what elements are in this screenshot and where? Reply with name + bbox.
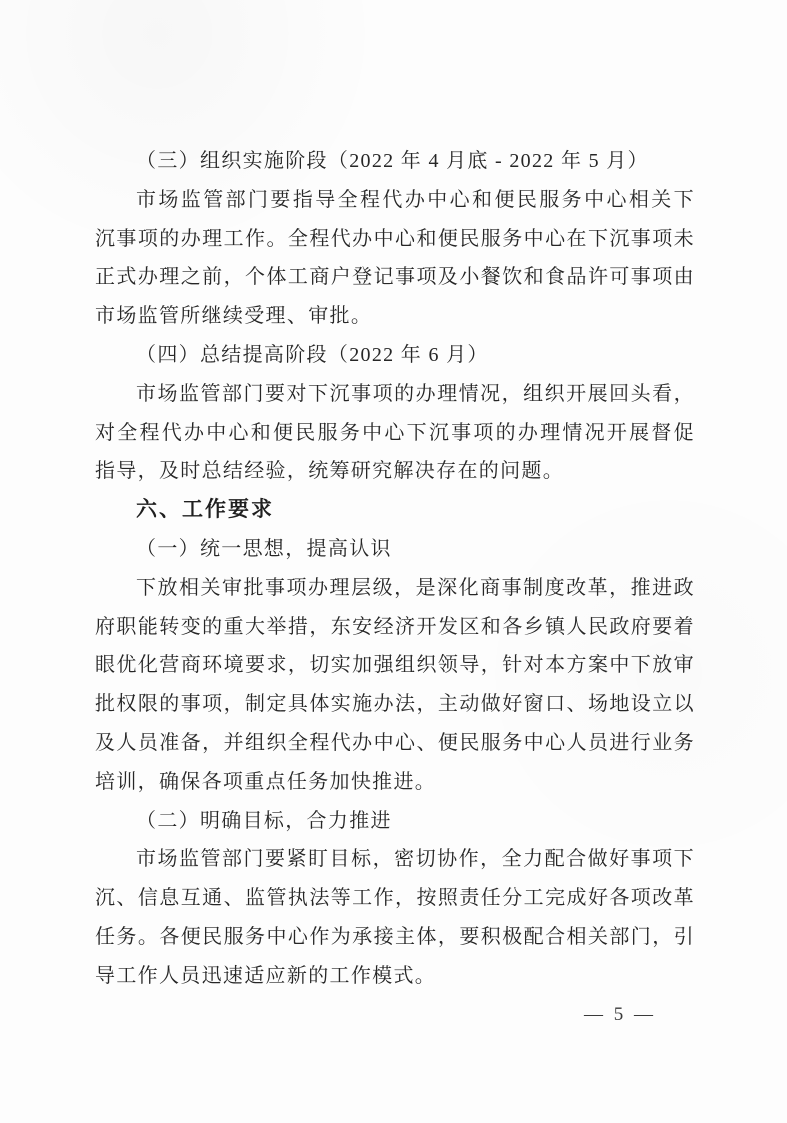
subsection-heading: （三）组织实施阶段（2022 年 4 月底 - 2022 年 5 月） [95, 142, 695, 181]
text-line: 导工作人员迅速适应新的工作模式。 [95, 957, 695, 996]
text-line: 市场监管部门要对下沉事项的办理情况，组织开展回头看， [95, 375, 695, 414]
text-line: 沉事项的办理工作。全程代办中心和便民服务中心在下沉事项未 [95, 220, 695, 259]
text-line: 市场监管部门要指导全程代办中心和便民服务中心相关下 [95, 181, 695, 220]
paragraph: 下放相关审批事项办理层级，是深化商事制度改革，推进政府职能转变的重大举措，东安经… [95, 569, 695, 802]
text-line: （二）明确目标，合力推进 [95, 802, 695, 841]
document-body: （三）组织实施阶段（2022 年 4 月底 - 2022 年 5 月）市场监管部… [95, 142, 695, 996]
subsection-heading: （二）明确目标，合力推进 [95, 802, 695, 841]
text-line: 培训，确保各项重点任务加快推进。 [95, 763, 695, 802]
text-line: （四）总结提高阶段（2022 年 6 月） [95, 336, 695, 375]
paragraph: 市场监管部门要对下沉事项的办理情况，组织开展回头看，对全程代办中心和便民服务中心… [95, 375, 695, 491]
text-line: （三）组织实施阶段（2022 年 4 月底 - 2022 年 5 月） [95, 142, 695, 181]
text-line: 批权限的事项，制定具体实施办法，主动做好窗口、场地设立以 [95, 685, 695, 724]
text-line: （一）统一思想，提高认识 [95, 530, 695, 569]
text-line: 对全程代办中心和便民服务中心下沉事项的办理情况开展督促 [95, 414, 695, 453]
paragraph: 市场监管部门要指导全程代办中心和便民服务中心相关下沉事项的办理工作。全程代办中心… [95, 181, 695, 336]
text-line: 下放相关审批事项办理层级，是深化商事制度改革，推进政 [95, 569, 695, 608]
text-line: 市场监管部门要紧盯目标，密切协作，全力配合做好事项下 [95, 840, 695, 879]
text-line: 及人员准备，并组织全程代办中心、便民服务中心人员进行业务 [95, 724, 695, 763]
text-line: 沉、信息互通、监管执法等工作，按照责任分工完成好各项改革 [95, 879, 695, 918]
subsection-heading: （一）统一思想，提高认识 [95, 530, 695, 569]
text-line: 府职能转变的重大举措，东安经济开发区和各乡镇人民政府要着 [95, 608, 695, 647]
subsection-heading: （四）总结提高阶段（2022 年 6 月） [95, 336, 695, 375]
page-number: — 5 — [0, 1000, 656, 1030]
text-line: 指导，及时总结经验，统筹研究解决存在的问题。 [95, 452, 695, 491]
text-line: 市场监管所继续受理、审批。 [95, 297, 695, 336]
text-line: 眼优化营商环境要求，切实加强组织领导，针对本方案中下放审 [95, 646, 695, 685]
section-heading: 六、工作要求 [95, 491, 695, 530]
text-line: 任务。各便民服务中心作为承接主体，要积极配合相关部门，引 [95, 918, 695, 957]
text-line: 六、工作要求 [95, 491, 695, 530]
document-page: （三）组织实施阶段（2022 年 4 月底 - 2022 年 5 月）市场监管部… [0, 0, 787, 1123]
paragraph: 市场监管部门要紧盯目标，密切协作，全力配合做好事项下沉、信息互通、监管执法等工作… [95, 840, 695, 995]
text-line: 正式办理之前，个体工商户登记事项及小餐饮和食品许可事项由 [95, 258, 695, 297]
